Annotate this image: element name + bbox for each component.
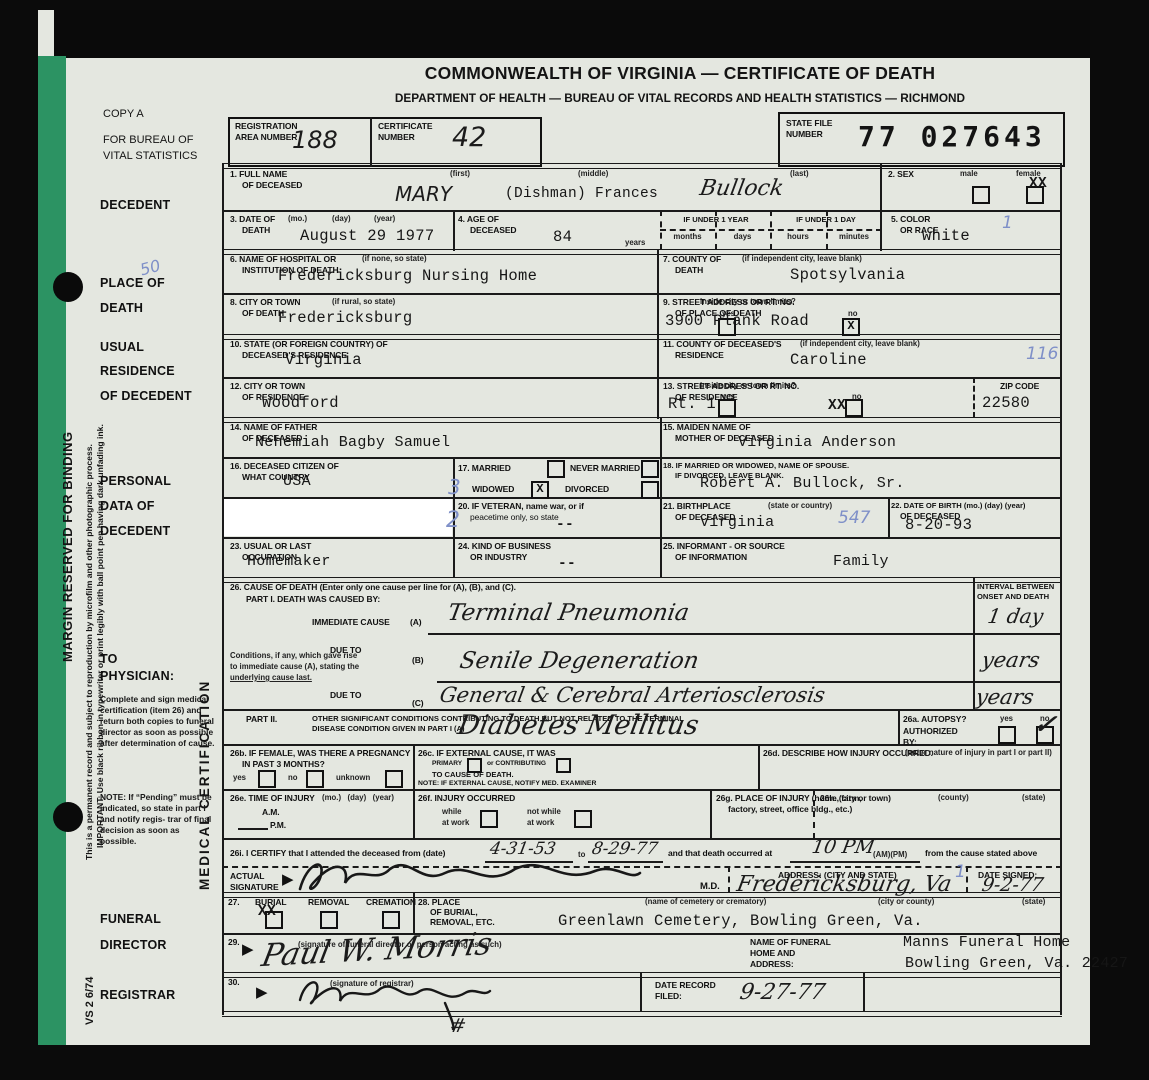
- field1-first-hint: (first): [450, 169, 470, 178]
- interval-c-value: years: [974, 685, 1036, 709]
- field13-value: Rt. 1: [668, 395, 716, 413]
- field6-hint: (if none, so state): [362, 254, 427, 263]
- field21-hint: (state or country): [768, 501, 832, 510]
- field4-value: 84: [553, 228, 572, 246]
- field3-label1: 3. DATE OF: [230, 214, 275, 224]
- pregnancy-yes-checkbox: [258, 770, 276, 788]
- section-usual-3: OF DECEDENT: [100, 389, 192, 403]
- under-1-year-label: IF UNDER 1 YEAR: [662, 215, 770, 224]
- field21-value: Virginia: [700, 514, 774, 531]
- field26-part1: PART I. DEATH WAS CAUSED BY:: [246, 594, 380, 604]
- field8-no-checkbox: X: [842, 318, 860, 336]
- actual-signature-label1: ACTUAL: [230, 871, 264, 881]
- interval-label1: INTERVAL BETWEEN: [977, 582, 1054, 591]
- field26i-text2: and that death occurred at: [668, 848, 772, 858]
- field29-arrow-icon: ▶: [242, 940, 254, 958]
- field20-blue-annotation: 2: [446, 508, 460, 533]
- field12-xx-mark: XX: [828, 398, 846, 414]
- field6-value: Fredericksburg Nursing Home: [278, 267, 537, 285]
- divorced-checkbox: [641, 481, 659, 499]
- field14-label1: 14. NAME OF FATHER: [230, 422, 317, 432]
- certificate-number-label1: CERTIFICATE: [378, 121, 432, 131]
- field26e-am: A.M.: [262, 807, 280, 817]
- margin-important-text: IMPORTANT: Use black ribbon in typewrite…: [95, 328, 105, 848]
- field23-value: Homemaker: [247, 553, 331, 570]
- section-usual-1: USUAL: [100, 340, 144, 354]
- field27-cremation-label: CREMATION: [366, 897, 416, 907]
- field26a-auth1: AUTHORIZED: [903, 726, 958, 736]
- field21-blue-annotation: 547: [838, 508, 870, 528]
- field4-unit: years: [625, 238, 645, 247]
- field1-last-value: Bullock: [698, 176, 786, 201]
- field11-label2: RESIDENCE: [675, 350, 724, 360]
- field1-middle-hint: (middle): [578, 169, 608, 178]
- section-personal-2: DATA OF: [100, 499, 155, 513]
- field15-value: Virginia Anderson: [738, 434, 896, 451]
- field26g-label2: factory, street, office bldg., etc.): [728, 804, 852, 814]
- field26b-yes-label: yes: [233, 773, 246, 782]
- field26c-note: NOTE: IF EXTERNAL CAUSE, NOTIFY MED. EXA…: [418, 780, 596, 787]
- field26e-label: 26e. TIME OF INJURY: [230, 793, 315, 803]
- field26e-pm: P.M.: [270, 820, 286, 830]
- field8-no-label: no: [848, 309, 858, 318]
- field28-cemetery-hint: (name of cemetery or crematory): [645, 897, 766, 906]
- interval-b-value: years: [980, 648, 1042, 672]
- due-to-c-label: DUE TO: [330, 690, 361, 700]
- field28-value: Greenlawn Cemetery, Bowling Green, Va.: [558, 912, 923, 930]
- under-1-year-months: months: [660, 232, 715, 241]
- section-place-1: PLACE OF: [100, 276, 165, 290]
- field17-divorced-label: DIVORCED: [565, 484, 609, 494]
- under-1-year-days: days: [715, 232, 770, 241]
- section-personal-1: PERSONAL: [100, 474, 171, 488]
- field26f-notwhile1: not while: [527, 807, 561, 816]
- contributing-checkbox: [556, 758, 571, 773]
- part2-text2: DISEASE CONDITION GIVEN IN PART I (A): [312, 724, 465, 733]
- conditions-line2: to immediate cause (A), stating the: [230, 662, 359, 671]
- field26a-auth2: BY:: [903, 737, 917, 747]
- field18-value: Robert A. Bullock, Sr.: [700, 475, 905, 492]
- field28-label1: 28. PLACE: [418, 897, 460, 907]
- field24-value: --: [558, 556, 576, 572]
- field5-blue-annotation: 1: [1002, 213, 1013, 233]
- field8-value: Fredericksburg: [278, 309, 412, 327]
- field18-label1: 18. IF MARRIED OR WIDOWED, NAME OF SPOUS…: [663, 461, 849, 470]
- part2-label: PART II.: [246, 714, 277, 724]
- field15-label1: 15. MAIDEN NAME OF: [663, 422, 750, 432]
- field24-label2: OR INDUSTRY: [470, 552, 527, 562]
- married-checkbox: [547, 460, 565, 478]
- immediate-cause-label: IMMEDIATE CAUSE: [312, 617, 390, 627]
- field7-hint: (if independent city, leave blank): [742, 254, 862, 263]
- section-personal-3: DECEDENT: [100, 524, 170, 538]
- field26c-label: 26c. IF EXTERNAL CAUSE, IT WAS: [418, 748, 556, 758]
- document-title: COMMONWEALTH OF VIRGINIA — CERTIFICATE O…: [260, 63, 1100, 84]
- interval-label2: ONSET AND DEATH: [977, 592, 1049, 601]
- physician-note: Complete and sign medical certification …: [100, 694, 215, 749]
- state-file-label2: NUMBER: [786, 129, 823, 139]
- copy-label: COPY A: [103, 108, 144, 120]
- field26d-hint: (enter nature of injury in part I or par…: [905, 748, 1052, 757]
- field4-label1: 4. AGE OF: [458, 214, 499, 224]
- punch-hole-bottom: [53, 802, 83, 832]
- field28-state-hint: (state): [1022, 897, 1045, 906]
- section-place-2: DEATH: [100, 301, 143, 315]
- funeral-home-name: Manns Funeral Home: [903, 934, 1070, 951]
- cause-b-label: (B): [412, 655, 424, 665]
- field23-label1: 23. USUAL OR LAST: [230, 541, 311, 551]
- field28-label2: OF BURIAL,: [430, 907, 478, 917]
- field1-label2: OF DECEASED: [242, 180, 302, 190]
- field10-label1: 10. STATE (OR FOREIGN COUNTRY) OF: [230, 339, 388, 349]
- cause-c-value: General & Cerebral Arteriosclerosis: [438, 683, 827, 707]
- field29-number: 29.: [228, 937, 240, 947]
- zip-value: 22580: [982, 394, 1030, 412]
- funeral-home-address: Bowling Green, Va. 22427: [905, 955, 1128, 972]
- field26a-yes-label: yes: [1000, 714, 1013, 723]
- margin-permanent-text: This is a permanent record and subject t…: [84, 340, 94, 860]
- zip-label: ZIP CODE: [1000, 381, 1039, 391]
- field26c-contributing-label: or CONTRIBUTING: [487, 760, 546, 767]
- field16-value: USA: [283, 473, 311, 490]
- widowed-checkbox: X: [531, 481, 549, 499]
- field9-value: 3900 Plank Road: [665, 312, 809, 330]
- field30-number: 30.: [228, 977, 240, 987]
- field21-label1: 21. BIRTHPLACE: [663, 501, 731, 511]
- section-decedent: DECEDENT: [100, 198, 170, 212]
- field26b-no-label: no: [288, 773, 298, 782]
- field1-last-hint: (last): [790, 169, 809, 178]
- conditions-line3: underlying cause last.: [230, 673, 312, 682]
- registration-area-value: 188: [292, 126, 338, 154]
- field1-label1: 1. FULL NAME: [230, 169, 287, 179]
- field26h-county-hint: (county): [938, 793, 969, 802]
- field3-year-hint: (year): [374, 214, 395, 223]
- field11-blue-annotation: 116: [1026, 344, 1058, 364]
- field9-label1: 9. STREET ADDRESS OR RT. NO.: [663, 297, 795, 307]
- field5-label1: 5. COLOR: [891, 214, 930, 224]
- field12-label1: 12. CITY OR TOWN: [230, 381, 305, 391]
- date-signed-value: 9-2-77: [980, 874, 1045, 896]
- field3-value: August 29 1977: [300, 227, 434, 245]
- field1-middle-value: (Dishman) Frances: [505, 186, 658, 202]
- autopsy-yes-checkbox: [998, 726, 1016, 744]
- section-physician-2: PHYSICIAN:: [100, 669, 174, 683]
- date-record-value: 9-27-77: [738, 980, 827, 1005]
- cause-b-value: Senile Degeneration: [458, 648, 701, 674]
- field26a-label: 26a. AUTOPSY?: [903, 714, 966, 724]
- female-xx-mark: XX: [1029, 176, 1047, 192]
- state-file-label1: STATE FILE: [786, 118, 832, 128]
- field17-married-label: 17. MARRIED: [458, 463, 511, 473]
- certificate-number-label2: NUMBER: [378, 132, 415, 142]
- field22-label1: 22. DATE OF BIRTH (mo.) (day) (year): [891, 501, 1025, 510]
- field7-value: Spotsylvania: [790, 266, 905, 284]
- state-file-value: 77 027643: [858, 120, 1046, 153]
- field26i-time-value: 10 PM: [810, 836, 876, 858]
- field6-label1: 6. NAME OF HOSPITAL OR: [230, 254, 336, 264]
- field16-label1: 16. DECEASED CITIZEN OF: [230, 461, 339, 471]
- copy-for-line2: VITAL STATISTICS: [103, 150, 197, 162]
- field3-label2: DEATH: [242, 225, 270, 235]
- field7-label1: 7. COUNTY OF: [663, 254, 721, 264]
- certificate-number-value: 42: [452, 122, 486, 153]
- field11-label1: 11. COUNTY OF DECEASED'S: [663, 339, 782, 349]
- section-registrar: REGISTRAR: [100, 988, 175, 1002]
- field12-value: Woodford: [262, 394, 339, 412]
- field26b-label2: IN PAST 3 MONTHS?: [242, 759, 325, 769]
- field26f-label: 26f. INJURY OCCURRED: [418, 793, 515, 803]
- field26f-while1: while: [442, 807, 462, 816]
- field22-value: 8-20-93: [905, 516, 972, 534]
- redacted-area: [224, 499, 452, 536]
- under-1-day-label: IF UNDER 1 DAY: [772, 215, 880, 224]
- field27-removal-label: REMOVAL: [308, 897, 349, 907]
- section-usual-2: RESIDENCE: [100, 364, 175, 378]
- field28-city-hint: (city or county): [878, 897, 934, 906]
- interval-a-value: 1 day: [986, 604, 1045, 628]
- cause-c-label: (C): [412, 698, 424, 708]
- field26i-ampm: (AM)(PM): [873, 850, 907, 859]
- field26b-label1: 26b. IF FEMALE, WAS THERE A PREGNANCY: [230, 748, 410, 758]
- field20-label2: peacetime only, so state: [470, 512, 559, 522]
- not-while-at-work-checkbox: [574, 810, 592, 828]
- under-1-day-hours: hours: [770, 232, 826, 241]
- date-record-label2: FILED:: [655, 991, 682, 1001]
- field26c-text2: TO CAUSE OF DEATH.: [432, 770, 514, 779]
- section-funeral-2: DIRECTOR: [100, 938, 167, 952]
- field20-value: --: [556, 517, 574, 533]
- field26h-state-hint: (state): [1022, 793, 1045, 802]
- funeral-home-label1: NAME OF FUNERAL: [750, 937, 831, 947]
- form-code: VS 2 6/74: [84, 950, 96, 1025]
- registration-area-label2: AREA NUMBER: [235, 132, 297, 142]
- pending-note: NOTE: If “Pending” must be indicated, so…: [100, 792, 215, 847]
- field14-value: Nehemiah Bagby Samuel: [255, 434, 450, 451]
- field8-hint: (if rural, so state): [332, 297, 395, 306]
- section-physician-1: TO: [100, 652, 118, 666]
- field17-never-label: NEVER MARRIED: [570, 463, 640, 473]
- reg-cert-divider: [370, 117, 372, 167]
- field26-header: 26. CAUSE OF DEATH (Enter only one cause…: [230, 582, 516, 592]
- field11-value: Caroline: [790, 351, 867, 369]
- field26e-subs: (mo.) (day) (year): [322, 793, 394, 802]
- field26i-text3: from the cause stated above: [925, 848, 1037, 858]
- section-funeral-1: FUNERAL: [100, 912, 161, 926]
- field30-arrow-icon: ▶: [256, 983, 268, 1001]
- field7-label2: DEATH: [675, 265, 703, 275]
- signature-arrow-icon: ▶: [282, 870, 294, 888]
- md-label: M.D.: [700, 881, 720, 892]
- pregnancy-unknown-checkbox: [385, 770, 403, 788]
- field25-label2: OF INFORMATION: [675, 552, 747, 562]
- field17-blue-annotation: 3: [448, 475, 461, 499]
- field13-label1: 13. STREET ADDRESS OR RT. NO.: [663, 381, 799, 391]
- field8-label1: 8. CITY OR TOWN: [230, 297, 300, 307]
- field3-day-hint: (day): [332, 214, 351, 223]
- part2-value: Diabetes Mellitus: [455, 710, 701, 741]
- cause-a-value: Terminal Pneumonia: [446, 600, 691, 626]
- field26f-while2: at work: [442, 818, 469, 827]
- field25-label1: 25. INFORMANT - OR SOURCE: [663, 541, 785, 551]
- field2-label: 2. SEX: [888, 169, 914, 179]
- funeral-home-label2: HOME AND: [750, 948, 795, 958]
- field1-first-value: MARY: [395, 182, 452, 206]
- field27-number: 27.: [228, 897, 240, 907]
- field20-label1: 20. IF VETERAN, name war, or if: [458, 501, 584, 511]
- physician-signature: [295, 855, 645, 900]
- field17-widowed-label: WIDOWED: [472, 484, 514, 494]
- field26b-unknown-label: unknown: [336, 773, 370, 782]
- pregnancy-no-checkbox: [306, 770, 324, 788]
- document-subtitle: DEPARTMENT OF HEALTH — BUREAU OF VITAL R…: [260, 91, 1100, 105]
- field11-hint: (if independent city, leave blank): [800, 339, 920, 348]
- punch-hole-top: [53, 272, 83, 302]
- scan-top-edge: [54, 10, 1090, 58]
- cause-a-label: (A): [410, 617, 422, 627]
- margin-binding-text: MARGIN RESERVED FOR BINDING: [60, 452, 75, 662]
- field26c-primary-label: PRIMARY: [432, 760, 462, 767]
- field24-label1: 24. KIND OF BUSINESS: [458, 541, 551, 551]
- actual-signature-label2: SIGNATURE: [230, 882, 279, 892]
- funeral-home-label3: ADDRESS:: [750, 959, 794, 969]
- field4-label2: DECEASED: [470, 225, 516, 235]
- field26f-notwhile2: at work: [527, 818, 554, 827]
- scanned-death-certificate: { "doc": { "title": "COMMONWEALTH OF VIR…: [0, 0, 1149, 1080]
- conditions-line1: Conditions, if any, which gave rise: [230, 651, 357, 660]
- field25-value: Family: [833, 553, 889, 570]
- address-value: Fredericksburg, Va: [735, 872, 954, 897]
- field12-no-checkbox: [845, 399, 863, 417]
- field5-value: white: [922, 227, 970, 245]
- cremation-checkbox: [382, 911, 400, 929]
- signature-blue-annotation: 1: [955, 862, 966, 882]
- date-record-label1: DATE RECORD: [655, 980, 716, 990]
- removal-checkbox: [320, 911, 338, 929]
- male-checkbox: [972, 186, 990, 204]
- field3-mo-hint: (mo.): [288, 214, 307, 223]
- under-1-day-minutes: minutes: [826, 232, 882, 241]
- field10-value: Virginia: [285, 351, 362, 369]
- registration-area-label1: REGISTRATION: [235, 121, 297, 131]
- while-at-work-checkbox: [480, 810, 498, 828]
- field2-male-label: male: [960, 169, 978, 178]
- copy-for-line1: FOR BUREAU OF: [103, 134, 193, 146]
- burial-checkbox: [265, 911, 283, 929]
- never-married-checkbox: [641, 460, 659, 478]
- field26h-label: 26h. (city or town): [820, 793, 891, 803]
